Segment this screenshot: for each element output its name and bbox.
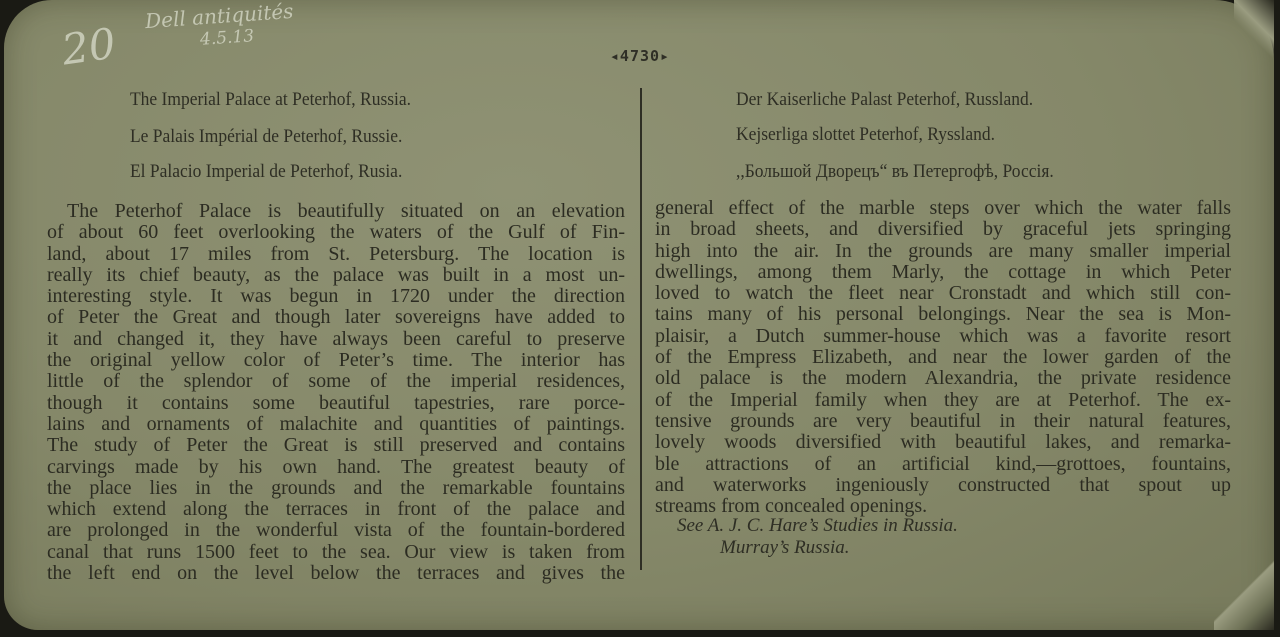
body-line: of Peter the Great and though later sove…: [47, 307, 625, 328]
body-line: general effect of the marble steps over …: [655, 198, 1231, 219]
body-line: the place lies in the grounds and the re…: [47, 478, 625, 499]
body-line: of the Empress Elizabeth, and near the l…: [655, 347, 1231, 368]
body-line: of the Imperial family when they are at …: [655, 390, 1231, 411]
body-line: are prolonged in the wonderful vista of …: [47, 520, 625, 541]
body-line: really its chief beauty, as the palace w…: [47, 265, 625, 286]
description-right-column: general effect of the marble steps over …: [655, 198, 1231, 517]
body-line: the original yellow color of Peter’s tim…: [47, 350, 625, 371]
title-swedish: Kejserliga slottet Peterhof, Ryssland.: [736, 124, 995, 146]
body-line: tensive grounds are very beautiful in th…: [655, 411, 1231, 432]
body-line: the left end on the level below the terr…: [47, 563, 625, 584]
body-line: tains many of his personal belongings. N…: [655, 304, 1231, 325]
title-spanish: El Palacio Imperial de Peterhof, Rusia.: [130, 161, 402, 183]
title-german: Der Kaiserliche Palast Peterhof, Russlan…: [736, 89, 1033, 111]
body-line: it and changed it, they have always been…: [47, 329, 625, 350]
title-russian: ,,Большой Дворецъ“ въ Петергофѣ, Россія.: [736, 161, 1054, 183]
reference-hare: See A. J. C. Hare’s Studies in Russia.: [677, 515, 958, 537]
body-line: carvings made by his own hand. The great…: [47, 457, 625, 478]
body-line: dwellings, among them Marly, the cottage…: [655, 262, 1231, 283]
body-line: plaisir, a Dutch summer-house which was …: [655, 326, 1231, 347]
body-line: high into the air. In the grounds are ma…: [655, 241, 1231, 262]
body-line: interesting style. It was begun in 1720 …: [47, 286, 625, 307]
body-line: The Peterhof Palace is beautifully situa…: [47, 201, 625, 222]
body-line: which extend along the terraces in front…: [47, 499, 625, 520]
body-line: land, about 17 miles from St. Petersburg…: [47, 244, 625, 265]
body-line: canal that runs 1500 feet to the sea. Ou…: [47, 542, 625, 563]
body-line: little of the splendor of some of the im…: [47, 371, 625, 392]
body-line: ble attractions of an artificial kind,—g…: [655, 454, 1231, 475]
body-line: old palace is the modern Alexandria, the…: [655, 368, 1231, 389]
body-line: of about 60 feet overlooking the waters …: [47, 222, 625, 243]
reference-murray: Murray’s Russia.: [720, 537, 850, 559]
body-line: in broad sheets, and diversified by grac…: [655, 219, 1231, 240]
description-left-column: The Peterhof Palace is beautifully situa…: [47, 201, 625, 584]
body-line: lains and ornaments of malachite and qua…: [47, 414, 625, 435]
title-french: Le Palais Impérial de Peterhof, Russie.: [130, 126, 402, 148]
card-corner-curl: [1214, 550, 1274, 630]
body-line: though it contains some beautiful tapest…: [47, 393, 625, 414]
body-line: and waterworks ingeniously constructed t…: [655, 475, 1231, 496]
body-line: loved to watch the fleet near Cronstadt …: [655, 283, 1231, 304]
body-line: The study of Peter the Great is still pr…: [47, 435, 625, 456]
title-english: The Imperial Palace at Peterhof, Russia.: [130, 89, 411, 111]
column-divider: [640, 88, 642, 570]
body-line: lovely woods diversified with beautiful …: [655, 432, 1231, 453]
card-number: ◂4730▸: [0, 47, 1280, 65]
